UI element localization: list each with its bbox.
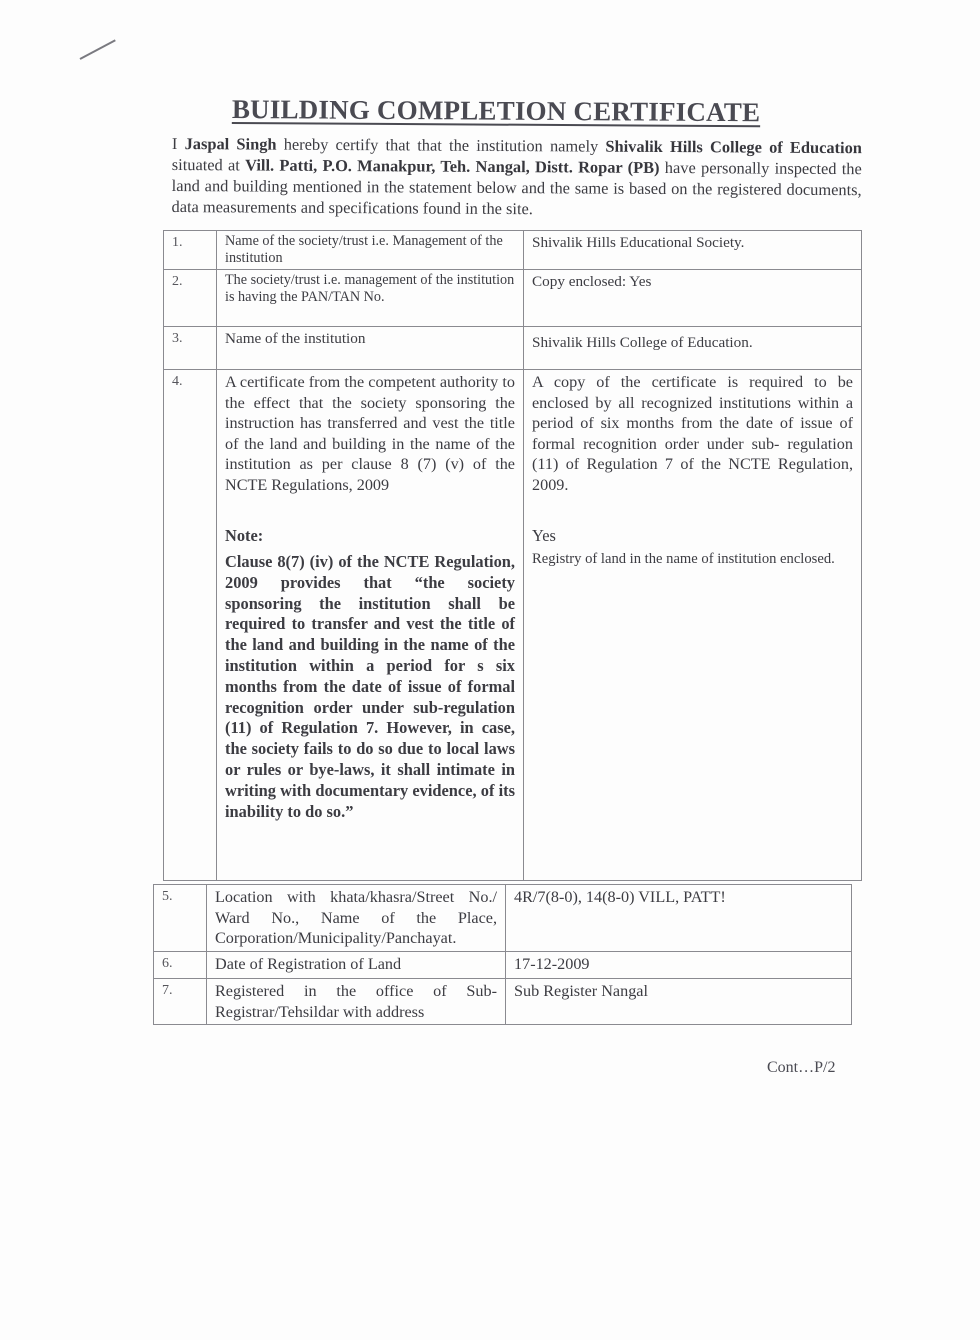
row-value: Shivalik Hills Educational Society. [524, 231, 862, 270]
note-heading: Note: [225, 526, 515, 547]
certificate-table-upper: 1. Name of the society/trust i.e. Manage… [163, 230, 862, 881]
table-row: 7. Registered in the office of Sub-Regis… [154, 979, 852, 1025]
row-value-cell: A copy of the certificate is required to… [524, 370, 862, 881]
certifier-name: Jaspal Singh [185, 134, 277, 154]
row-answer-detail: Registry of land in the name of institut… [532, 550, 853, 569]
row-label: A certificate from the competent authori… [225, 372, 515, 496]
table-row: 6. Date of Registration of Land 17-12-20… [154, 952, 852, 979]
note-text: Clause 8(7) (iv) of the NCTE Regulation,… [225, 552, 515, 822]
row-label: The society/trust i.e. management of the… [217, 270, 524, 327]
row-number: 3. [164, 327, 217, 370]
table-row: 5. Location with khata/khasra/Street No.… [154, 885, 852, 952]
certification-statement: I Jaspal Singh hereby certify that that … [171, 133, 862, 221]
intro-text-2: situated at [172, 155, 245, 174]
row-label: Registered in the office of Sub-Registra… [207, 979, 506, 1025]
row-value: 4R/7(8-0), 14(8-0) VILL, PATT! [506, 885, 852, 952]
row-number: 5. [154, 885, 207, 952]
intro-prefix: I [172, 134, 185, 153]
row-value: Copy enclosed: Yes [524, 270, 862, 327]
continuation-note: Cont…P/2 [767, 1059, 835, 1077]
document-title: BUILDING COMPLETION CERTIFICATE [232, 94, 797, 128]
row-value: Shivalik Hills College of Education. [524, 327, 862, 370]
row-value: 17-12-2009 [506, 952, 852, 979]
table-row: 2. The society/trust i.e. management of … [164, 270, 862, 327]
row-label: Name of the society/trust i.e. Managemen… [217, 231, 524, 270]
certificate-table-lower: 5. Location with khata/khasra/Street No.… [153, 884, 852, 1025]
row-value: Sub Register Nangal [506, 979, 852, 1025]
row-label: Date of Registration of Land [207, 952, 506, 979]
row-number: 1. [164, 231, 217, 270]
row-answer: Yes [532, 526, 853, 547]
row-label-cell: A certificate from the competent authori… [217, 370, 524, 881]
institution-name: Shivalik Hills College of Education [605, 137, 862, 158]
row-number: 4. [164, 370, 217, 881]
institution-address: Vill. Patti, P.O. Manakpur, Teh. Nangal,… [245, 155, 659, 177]
table-row: 1. Name of the society/trust i.e. Manage… [164, 231, 862, 270]
row-number: 2. [164, 270, 217, 327]
row-label: Location with khata/khasra/Street No./ W… [207, 885, 506, 952]
row-number: 6. [154, 952, 207, 979]
row-label: Name of the institution [217, 327, 524, 370]
row-value: A copy of the certificate is required to… [532, 372, 853, 496]
table-row: 3. Name of the institution Shivalik Hill… [164, 327, 862, 370]
table-row: 4. A certificate from the competent auth… [164, 370, 862, 881]
intro-text-1: hereby certify that that the institution… [276, 135, 605, 156]
stray-pen-mark [80, 39, 116, 60]
row-number: 7. [154, 979, 207, 1025]
